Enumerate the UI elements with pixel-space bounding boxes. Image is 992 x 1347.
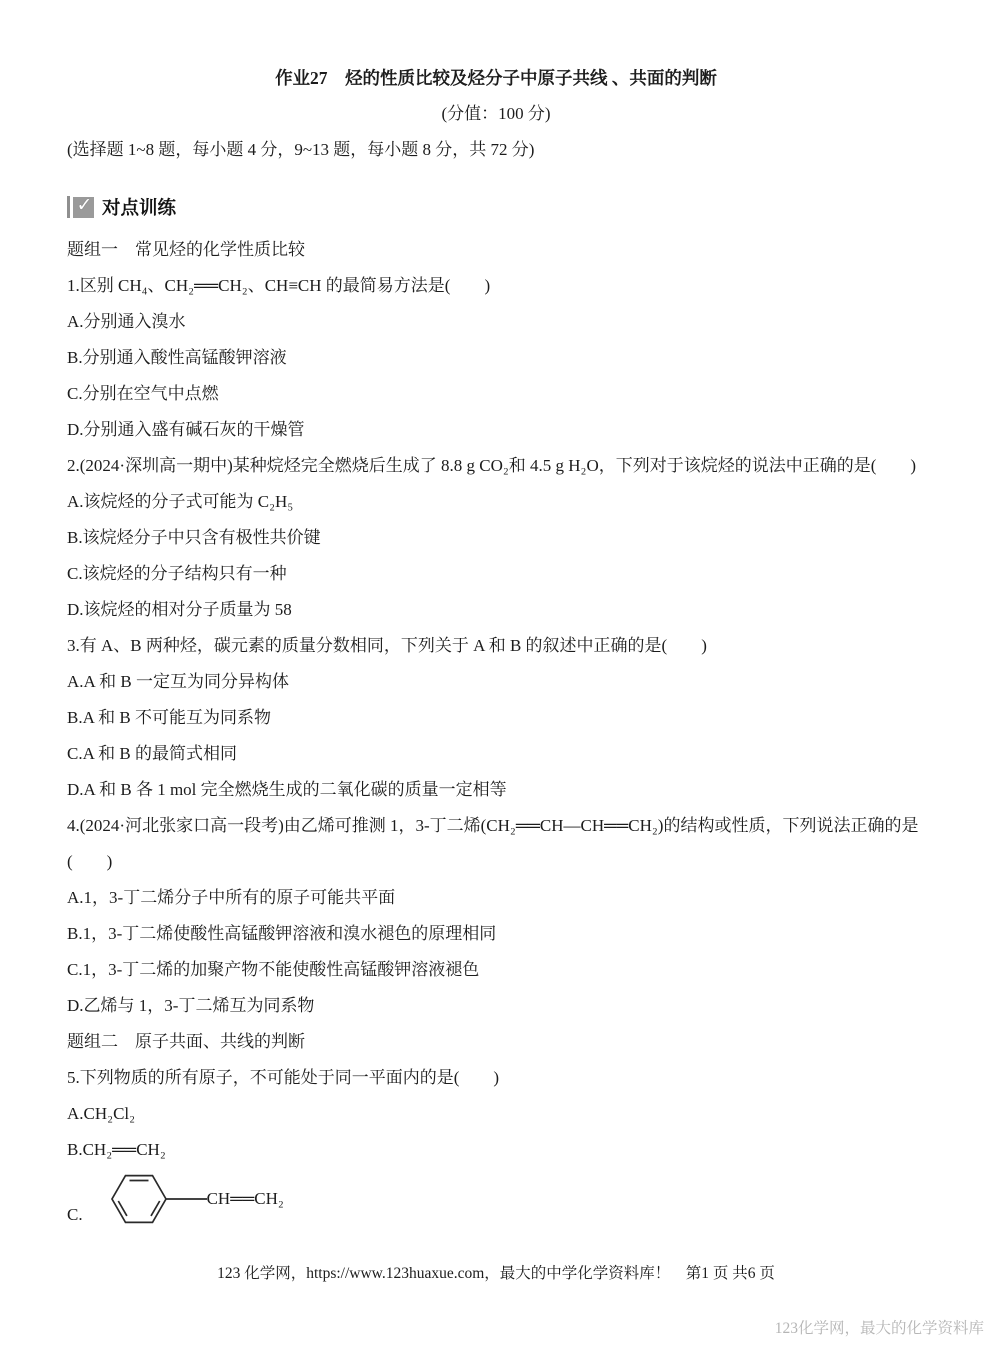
question-5-option-b: B.CH₂══CH₂ <box>67 1132 925 1168</box>
check-icon: ✓ <box>77 196 93 215</box>
benzene-ring-structure <box>89 1169 209 1229</box>
site-watermark: 123化学网，最大的化学资料库 <box>775 1316 984 1338</box>
question-4-stem: 4.(2024·河北张家口高一段考)由乙烯可推测 1，3-丁二烯(CH₂══CH… <box>67 808 925 880</box>
group1-title: 题组一 常见烃的化学性质比较 <box>67 232 925 268</box>
question-2-option-c: C.该烷烃的分子结构只有一种 <box>67 556 925 592</box>
question-5-option-c: C. CH══CH₂ <box>67 1168 925 1230</box>
score-line: (分值：100 分) <box>67 96 925 132</box>
group2-title: 题组二 原子共面、共线的判断 <box>67 1024 925 1060</box>
question-3-option-c: C.A 和 B 的最简式相同 <box>67 736 925 772</box>
question-1-stem: 1.区别 CH₄、CH₂══CH₂、CH≡CH 的最简易方法是( ) <box>67 268 925 304</box>
worksheet-page: 作业27 烃的性质比较及烃分子中原子共线 、共面的判断 (分值：100 分) (… <box>0 0 992 1347</box>
question-2-option-a: A.该烷烃的分子式可能为 C₂H₅ <box>67 484 925 520</box>
checkbox-check-icon: ✓ <box>67 196 94 218</box>
question-3-stem: 3.有 A、B 两种烃，碳元素的质量分数相同，下列关于 A 和 B 的叙述中正确… <box>67 628 925 664</box>
question-5-option-a: A.CH₂Cl₂ <box>67 1096 925 1132</box>
question-2-stem: 2.(2024·深圳高一期中)某种烷烃完全燃烧后生成了 8.8 g CO₂和 4… <box>67 448 925 484</box>
question-3-option-a: A.A 和 B 一定互为同分异构体 <box>67 664 925 700</box>
worksheet-content: 作业27 烃的性质比较及烃分子中原子共线 、共面的判断 (分值：100 分) (… <box>67 60 925 1230</box>
question-3-option-d: D.A 和 B 各 1 mol 完全燃烧生成的二氧化碳的质量一定相等 <box>67 772 925 808</box>
page-footer: 123 化学网，https://www.123huaxue.com，最大的中学化… <box>0 1261 992 1283</box>
question-1-option-b: B.分别通入酸性高锰酸钾溶液 <box>67 340 925 376</box>
question-2-option-b: B.该烷烃分子中只含有极性共价键 <box>67 520 925 556</box>
question-4-option-a: A.1，3-丁二烯分子中所有的原子可能共平面 <box>67 880 925 916</box>
option-c-label: C. <box>67 1200 83 1230</box>
question-5-stem: 5.下列物质的所有原子，不可能处于同一平面内的是( ) <box>67 1060 925 1096</box>
section-header-label: 对点训练 <box>102 194 176 220</box>
question-1-option-c: C.分别在空气中点燃 <box>67 376 925 412</box>
page-title: 作业27 烃的性质比较及烃分子中原子共线 、共面的判断 <box>67 60 925 96</box>
question-4-option-d: D.乙烯与 1，3-丁二烯互为同系物 <box>67 988 925 1024</box>
vertical-bar-icon <box>67 196 70 218</box>
note-line: (选择题 1~8 题，每小题 4 分，9~13 题，每小题 8 分，共 72 分… <box>67 132 925 168</box>
question-3-option-b: B.A 和 B 不可能互为同系物 <box>67 700 925 736</box>
question-2-option-d: D.该烷烃的相对分子质量为 58 <box>67 592 925 628</box>
question-4-option-b: B.1，3-丁二烯使酸性高锰酸钾溶液和溴水褪色的原理相同 <box>67 916 925 952</box>
check-box-icon: ✓ <box>73 197 94 218</box>
vinyl-group-formula: CH══CH₂ <box>207 1189 284 1209</box>
question-4-option-c: C.1，3-丁二烯的加聚产物不能使酸性高锰酸钾溶液褪色 <box>67 952 925 988</box>
section-header: ✓ 对点训练 <box>67 192 925 222</box>
question-1-option-a: A.分别通入溴水 <box>67 304 925 340</box>
question-1-option-d: D.分别通入盛有碱石灰的干燥管 <box>67 412 925 448</box>
